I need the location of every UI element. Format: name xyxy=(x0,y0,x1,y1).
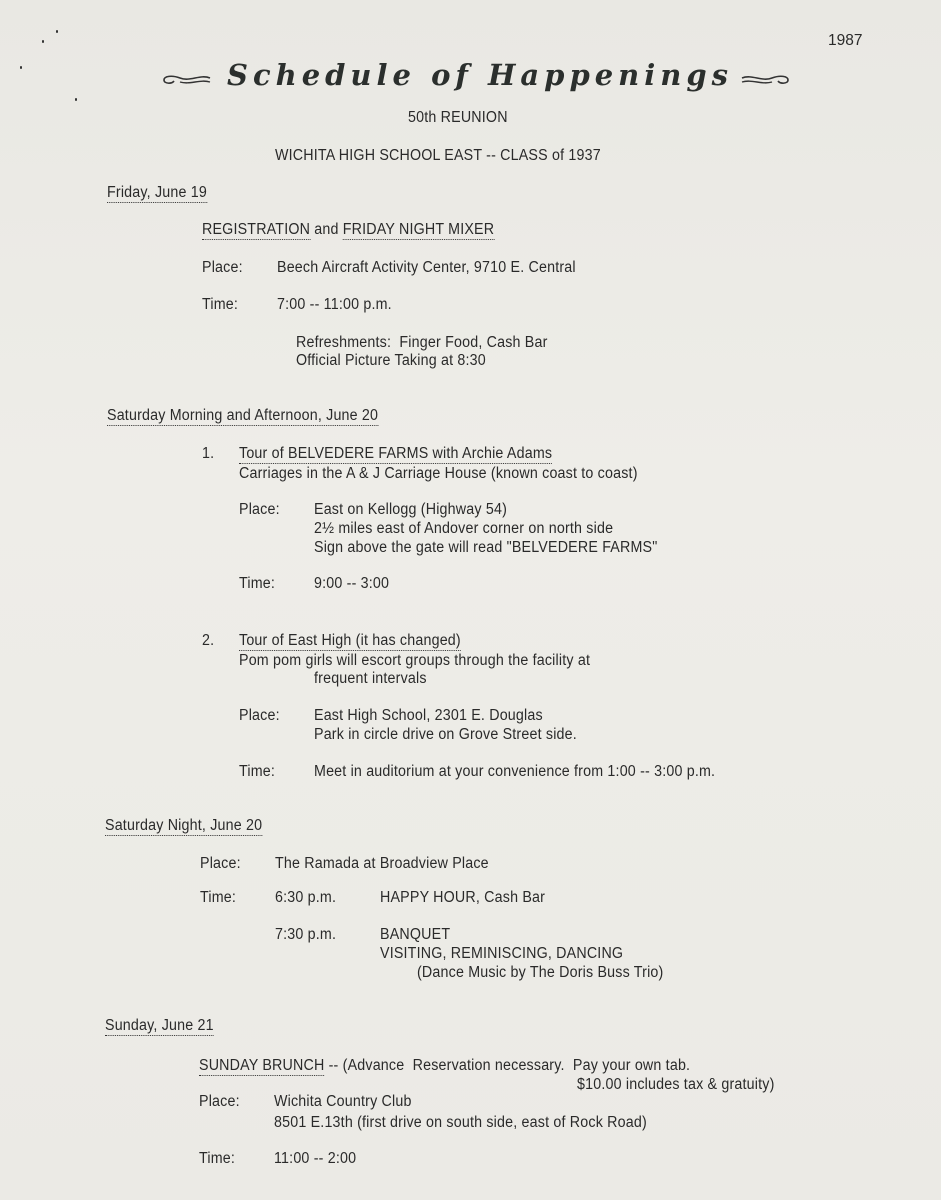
friday-time-label: Time: xyxy=(202,296,238,314)
year-label: 1987 xyxy=(828,32,862,50)
sunday-heading: Sunday, June 21 xyxy=(105,1017,214,1036)
sunday-event: SUNDAY BRUNCH -- (Advance Reservation ne… xyxy=(199,1057,690,1075)
sunday-time: 11:00 -- 2:00 xyxy=(274,1150,356,1168)
item1-time-label: Time: xyxy=(239,575,275,593)
right-scroll-ornament-icon xyxy=(740,70,792,88)
item2-place-label: Place: xyxy=(239,707,280,725)
sat-night-time1-desc: HAPPY HOUR, Cash Bar xyxy=(380,889,545,907)
sat-night-time1: 6:30 p.m. xyxy=(275,889,336,907)
sat-night-place: The Ramada at Broadview Place xyxy=(275,855,489,873)
sat-night-time2-desc: (Dance Music by The Doris Buss Trio) xyxy=(417,964,663,982)
friday-place: Beech Aircraft Activity Center, 9710 E. … xyxy=(277,259,576,277)
sunday-time-label: Time: xyxy=(199,1150,235,1168)
sat-night-time-label: Time: xyxy=(200,889,236,907)
friday-time: 7:00 -- 11:00 p.m. xyxy=(277,296,392,314)
sat-night-time2: 7:30 p.m. xyxy=(275,926,336,944)
saturday-night-heading: Saturday Night, June 20 xyxy=(105,817,262,836)
item2-time: Meet in auditorium at your convenience f… xyxy=(314,763,715,781)
item-number: 1. xyxy=(202,445,214,463)
item1-place: East on Kellogg (Highway 54) xyxy=(314,501,507,519)
sunday-place: 8501 E.13th (first drive on south side, … xyxy=(274,1114,647,1132)
item2-desc: frequent intervals xyxy=(314,670,427,688)
friday-place-label: Place: xyxy=(202,259,243,277)
item1-desc: Carriages in the A & J Carriage House (k… xyxy=(239,465,638,483)
sunday-event-note: $10.00 includes tax & gratuity) xyxy=(577,1076,775,1094)
school-line: WICHITA HIGH SCHOOL EAST -- CLASS of 193… xyxy=(275,147,601,165)
item1-place-label: Place: xyxy=(239,501,280,519)
sat-night-time2-desc: BANQUET xyxy=(380,926,450,944)
sunday-place-label: Place: xyxy=(199,1093,240,1111)
sunday-place: Wichita Country Club xyxy=(274,1093,412,1111)
friday-events: REGISTRATION and FRIDAY NIGHT MIXER xyxy=(202,221,494,239)
item1-place: Sign above the gate will read "BELVEDERE… xyxy=(314,539,657,557)
item1-title: Tour of BELVEDERE FARMS with Archie Adam… xyxy=(239,445,552,464)
item1-place: 2½ miles east of Andover corner on north… xyxy=(314,520,613,538)
paper-speck xyxy=(75,98,77,101)
sat-night-place-label: Place: xyxy=(200,855,241,873)
item2-place: East High School, 2301 E. Douglas xyxy=(314,707,543,725)
paper-speck xyxy=(56,30,58,33)
paper-speck xyxy=(20,66,22,69)
paper-speck xyxy=(42,40,44,43)
saturday-day-heading: Saturday Morning and Afternoon, June 20 xyxy=(107,407,378,426)
item2-time-label: Time: xyxy=(239,763,275,781)
subtitle: 50th REUNION xyxy=(408,109,508,127)
friday-note: Official Picture Taking at 8:30 xyxy=(296,352,486,370)
sat-night-time2-desc: VISITING, REMINISCING, DANCING xyxy=(380,945,623,963)
item1-time: 9:00 -- 3:00 xyxy=(314,575,389,593)
item-number: 2. xyxy=(202,632,214,650)
document-title: Schedule of Happenings xyxy=(160,58,800,92)
item2-title: Tour of East High (it has changed) xyxy=(239,632,461,651)
item2-place: Park in circle drive on Grove Street sid… xyxy=(314,726,577,744)
friday-heading: Friday, June 19 xyxy=(107,184,207,203)
friday-note: Refreshments: Finger Food, Cash Bar xyxy=(296,334,548,352)
item2-desc: Pom pom girls will escort groups through… xyxy=(239,652,590,670)
